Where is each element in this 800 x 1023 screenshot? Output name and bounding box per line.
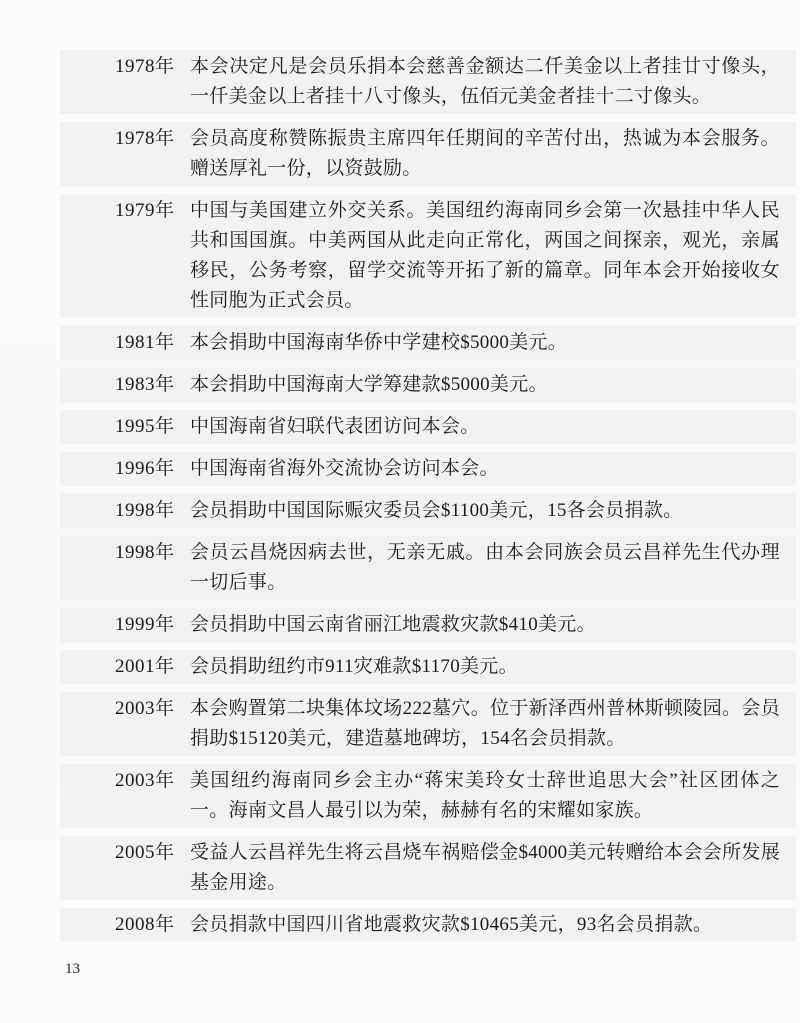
timeline-entry: 1996年 中国海南省海外交流协会访问本会。: [60, 452, 796, 486]
timeline-entries: 1978年 本会决定凡是会员乐捐本会慈善金额达二仟美金以上者挂廿寸像头，一仟美金…: [60, 50, 796, 950]
timeline-entry: 2003年 美国纽约海南同乡会主办“蒋宋美玲女士辞世追思大会”社区团体之一。海南…: [60, 764, 796, 828]
entry-year: 1983年: [115, 370, 177, 400]
entry-year: 1978年: [115, 124, 177, 154]
timeline-entry: 2008年 会员捐款中国四川省地震救灾款$10465美元，93名会员捐款。: [60, 908, 796, 942]
timeline-entry: 1979年 中国与美国建立外交关系。美国纽约海南同乡会第一次悬挂中华人民共和国国…: [60, 194, 796, 318]
timeline-entry: 2005年 受益人云昌祥先生将云昌烧车祸赔偿金$4000美元转赠给本会会所发展基…: [60, 836, 796, 900]
timeline-entry: 2003年 本会购置第二块集体坟场222墓穴。位于新泽西州普林斯顿陵园。会员捐助…: [60, 692, 796, 756]
entry-text: 本会捐助中国海南大学筹建款$5000美元。: [190, 370, 780, 400]
entry-year: 2003年: [115, 694, 177, 724]
entry-text: 会员云昌烧因病去世，无亲无戚。由本会同族会员云昌祥先生代办理一切后事。: [190, 538, 780, 598]
timeline-entry: 2001年 会员捐助纽约市911灾难款$1170美元。: [60, 650, 796, 684]
timeline-entry: 1999年 会员捐助中国云南省丽江地震救灾款$410美元。: [60, 608, 796, 642]
entry-text: 会员捐助纽约市911灾难款$1170美元。: [190, 652, 780, 682]
entry-text: 受益人云昌祥先生将云昌烧车祸赔偿金$4000美元转赠给本会会所发展基金用途。: [190, 838, 780, 898]
entry-year: 1996年: [115, 454, 177, 484]
timeline-entry: 1978年 本会决定凡是会员乐捐本会慈善金额达二仟美金以上者挂廿寸像头，一仟美金…: [60, 50, 796, 114]
timeline-entry: 1998年 会员云昌烧因病去世，无亲无戚。由本会同族会员云昌祥先生代办理一切后事…: [60, 536, 796, 600]
entry-year: 1995年: [115, 412, 177, 442]
entry-year: 1979年: [115, 196, 177, 226]
entry-text: 中国海南省妇联代表团访问本会。: [190, 412, 780, 442]
entry-text: 中国海南省海外交流协会访问本会。: [190, 454, 780, 484]
timeline-entry: 1978年 会员高度称赞陈振贵主席四年任期间的辛苦付出，热诚为本会服务。赠送厚礼…: [60, 122, 796, 186]
entry-text: 会员高度称赞陈振贵主席四年任期间的辛苦付出，热诚为本会服务。赠送厚礼一份，以资鼓…: [190, 124, 780, 184]
entry-text: 本会捐助中国海南华侨中学建校$5000美元。: [190, 328, 780, 358]
entry-year: 2005年: [115, 838, 177, 868]
timeline-entry: 1995年 中国海南省妇联代表团访问本会。: [60, 410, 796, 444]
entry-text: 美国纽约海南同乡会主办“蒋宋美玲女士辞世追思大会”社区团体之一。海南文昌人最引以…: [190, 766, 780, 826]
timeline-entry: 1983年 本会捐助中国海南大学筹建款$5000美元。: [60, 368, 796, 402]
timeline-entry: 1998年 会员捐助中国国际赈灾委员会$1100美元，15各会员捐款。: [60, 494, 796, 528]
entry-text: 会员捐款中国四川省地震救灾款$10465美元，93名会员捐款。: [190, 910, 780, 940]
entry-year: 1998年: [115, 496, 177, 526]
entry-year: 2001年: [115, 652, 177, 682]
entry-text: 会员捐助中国国际赈灾委员会$1100美元，15各会员捐款。: [190, 496, 780, 526]
entry-year: 1981年: [115, 328, 177, 358]
page-number: 13: [65, 961, 80, 978]
entry-text: 本会决定凡是会员乐捐本会慈善金额达二仟美金以上者挂廿寸像头，一仟美金以上者挂十八…: [190, 52, 780, 112]
timeline-entry: 1981年 本会捐助中国海南华侨中学建校$5000美元。: [60, 326, 796, 360]
entry-year: 2008年: [115, 910, 177, 940]
entry-year: 2003年: [115, 766, 177, 796]
document-page: 1978年 本会决定凡是会员乐捐本会慈善金额达二仟美金以上者挂廿寸像头，一仟美金…: [0, 0, 800, 1023]
entry-year: 1978年: [115, 52, 177, 82]
entry-text: 本会购置第二块集体坟场222墓穴。位于新泽西州普林斯顿陵园。会员捐助$15120…: [190, 694, 780, 754]
entry-text: 中国与美国建立外交关系。美国纽约海南同乡会第一次悬挂中华人民共和国国旗。中美两国…: [190, 196, 780, 316]
entry-text: 会员捐助中国云南省丽江地震救灾款$410美元。: [190, 610, 780, 640]
entry-year: 1999年: [115, 610, 177, 640]
entry-year: 1998年: [115, 538, 177, 568]
